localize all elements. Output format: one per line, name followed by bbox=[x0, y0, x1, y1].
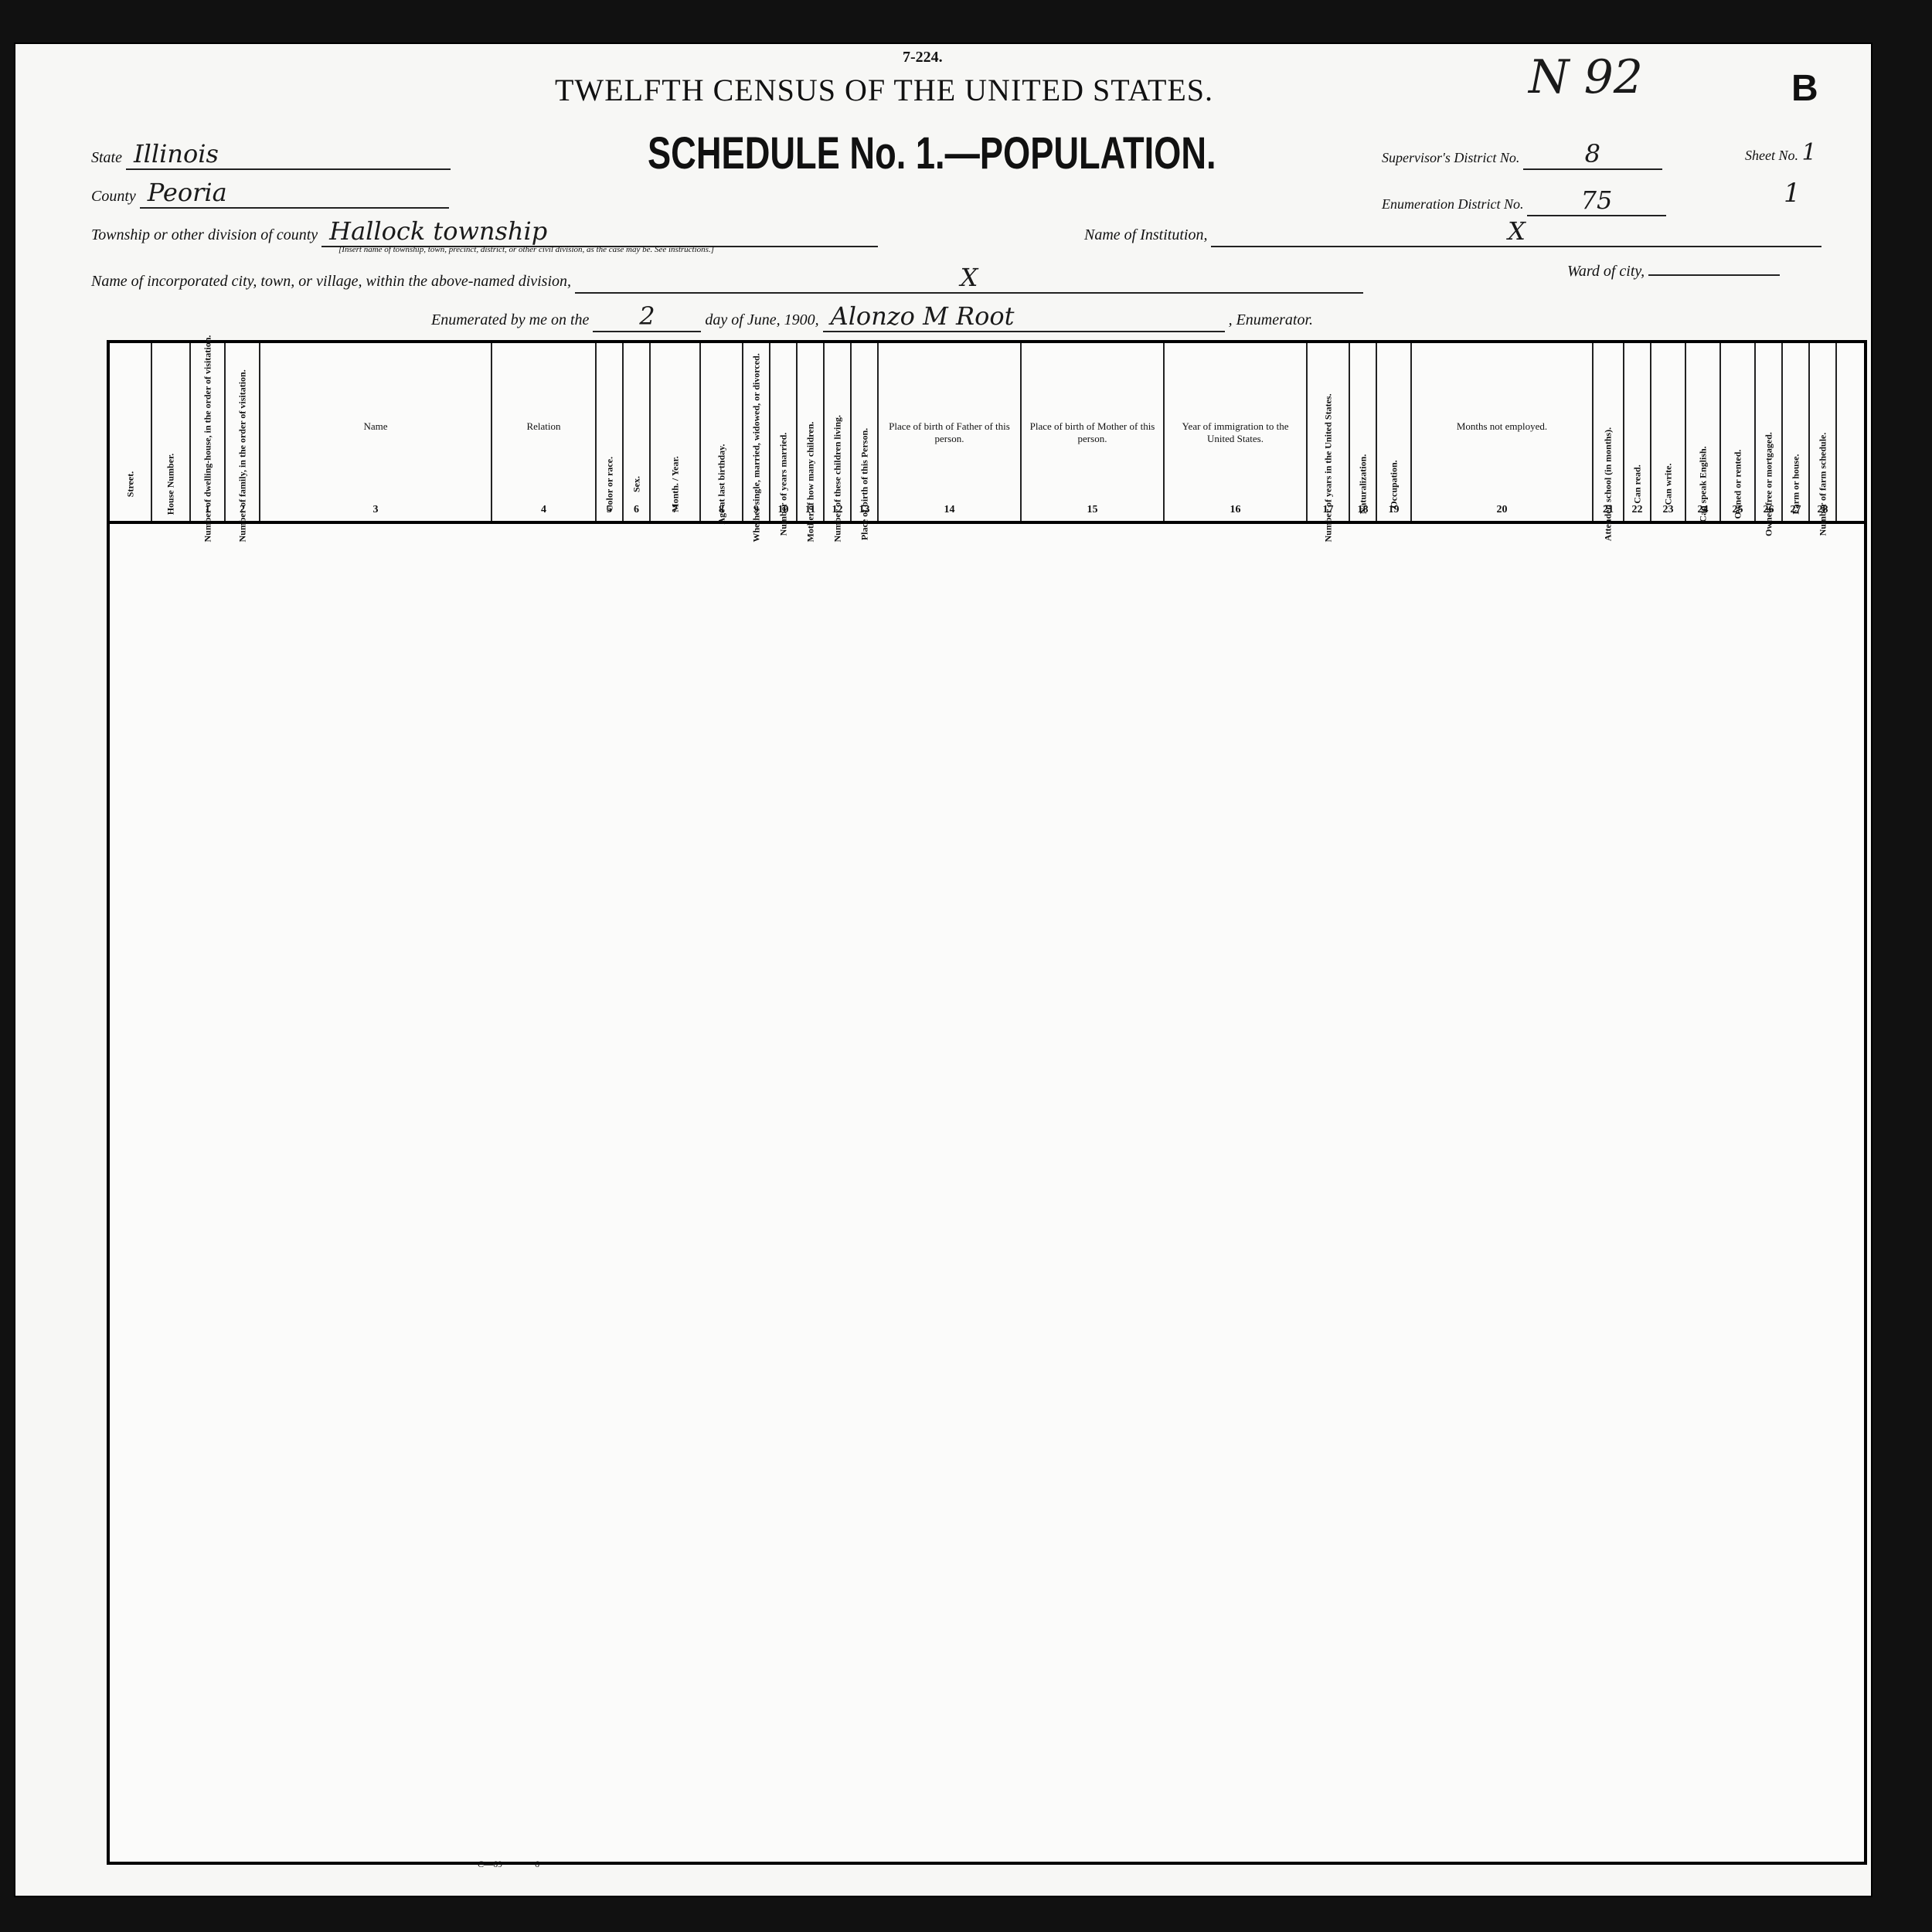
column-header-school-months: Can read.22 bbox=[1624, 343, 1651, 521]
enumerator-label: , Enumerator. bbox=[1229, 311, 1313, 328]
column-label: Attended school (in months). bbox=[1603, 427, 1614, 543]
column-number: 2 bbox=[226, 504, 259, 516]
column-number: 19 bbox=[1377, 504, 1410, 516]
column-header-owned-rented: Owned free or mortgaged.26 bbox=[1756, 343, 1783, 521]
column-label: Relation bbox=[492, 343, 595, 439]
column-header-immigration-year: Number of years in the United States.17 bbox=[1308, 343, 1350, 521]
column-number: 17 bbox=[1308, 504, 1349, 516]
sheet-number-value: 1 bbox=[1802, 139, 1817, 166]
column-number: 21 bbox=[1594, 504, 1623, 516]
form-number: 7-224. bbox=[903, 49, 943, 66]
column-number: 25 bbox=[1721, 504, 1754, 516]
column-header-birthplace: Place of birth of Father of this person.… bbox=[879, 343, 1022, 521]
column-number: 14 bbox=[879, 504, 1020, 516]
column-label: Farm or house. bbox=[1790, 427, 1801, 543]
township-label: Township or other division of county bbox=[91, 226, 318, 243]
column-header-marital-status: Number of years married.10 bbox=[770, 343, 798, 521]
column-header-farm-or-house: Number of farm schedule.28 bbox=[1810, 343, 1837, 521]
column-header-family-number: Number of family, in the order of visita… bbox=[226, 343, 260, 521]
institution-label: Name of Institution, bbox=[1084, 226, 1207, 243]
enumeration-district-field: Enumeration District No. 75 bbox=[1382, 185, 1666, 216]
column-number: 16 bbox=[1165, 504, 1306, 516]
footer-mark-2: 6 bbox=[535, 1859, 539, 1869]
column-header-street: Street. bbox=[110, 343, 152, 521]
city-label: Name of incorporated city, town, or vill… bbox=[91, 273, 571, 290]
table-header: Street.House Number.Number of dwelling-h… bbox=[110, 343, 1864, 524]
enumerated-month-label: day of June, 1900, bbox=[705, 311, 818, 328]
column-label: Owned or rented. bbox=[1732, 427, 1743, 543]
institution-value: X bbox=[1211, 216, 1821, 247]
census-sheet: 7-224. TWELFTH CENSUS OF THE UNITED STAT… bbox=[14, 43, 1872, 1897]
column-number: 15 bbox=[1022, 504, 1163, 516]
column-header-can-speak-english: Owned or rented.25 bbox=[1721, 343, 1756, 521]
column-label: Month. / Year. bbox=[669, 427, 681, 543]
census-title: TWELFTH CENSUS OF THE UNITED STATES. bbox=[555, 72, 1213, 108]
supervisor-label: Supervisor's District No. bbox=[1382, 150, 1519, 165]
column-label: Occupation. bbox=[1388, 427, 1400, 543]
column-header-mother-birthplace: Year of immigration to the United States… bbox=[1165, 343, 1308, 521]
column-header-naturalization: Occupation.19 bbox=[1377, 343, 1412, 521]
column-header-relation: Relation4 bbox=[492, 343, 597, 521]
supervisor-district-value: 8 bbox=[1523, 139, 1662, 170]
column-label: Place of birth of this Person. bbox=[859, 427, 870, 543]
column-number: 24 bbox=[1686, 504, 1719, 516]
column-label: Year of immigration to the United States… bbox=[1165, 343, 1306, 451]
column-label: Mother of how many children. bbox=[804, 427, 816, 543]
state-label: State bbox=[91, 149, 122, 166]
column-number: 8 bbox=[701, 504, 742, 516]
column-number: 7 bbox=[651, 504, 699, 516]
column-label: Name bbox=[260, 343, 491, 439]
column-label: Age at last birthday. bbox=[716, 427, 727, 543]
column-label: House Number. bbox=[165, 427, 177, 543]
column-number: 26 bbox=[1756, 504, 1781, 516]
enumeration-date-field: Enumerated by me on the 2 day of June, 1… bbox=[431, 301, 1313, 332]
population-table: Street.House Number.Number of dwelling-h… bbox=[107, 340, 1867, 1865]
column-header-age: Whether single, married, widowed, or div… bbox=[743, 343, 770, 521]
column-header-race: Color or race.5 bbox=[597, 343, 624, 521]
column-number: 27 bbox=[1783, 504, 1808, 516]
county-value: Peoria bbox=[140, 178, 449, 209]
footer-marks: C—69 6 bbox=[478, 1859, 539, 1870]
column-header-birth-year: Age at last birthday.8 bbox=[701, 343, 743, 521]
county-field: County Peoria bbox=[91, 178, 449, 209]
column-header-dwelling-number: Number of dwelling-house, in the order o… bbox=[191, 343, 226, 521]
column-label: Months not employed. bbox=[1412, 343, 1592, 439]
column-header-owned-free-mortgaged: Farm or house.27 bbox=[1783, 343, 1810, 521]
column-number: 10 bbox=[770, 504, 796, 516]
sheet-label: Sheet No. bbox=[1745, 148, 1798, 163]
column-label: Place of birth of Father of this person. bbox=[879, 343, 1020, 451]
column-number: 18 bbox=[1350, 504, 1376, 516]
column-number: 13 bbox=[852, 504, 877, 516]
enumerated-day: 2 bbox=[593, 301, 701, 332]
column-header-children-living: Place of birth of this Person.13 bbox=[852, 343, 879, 521]
institution-field: Name of Institution, X bbox=[1084, 216, 1821, 247]
column-number: 3 bbox=[260, 504, 491, 516]
schedule-title: SCHEDULE No. 1.—POPULATION. bbox=[648, 128, 1216, 179]
column-label: Number of years married. bbox=[777, 427, 789, 543]
column-header-can-read: Can write.23 bbox=[1651, 343, 1686, 521]
supervisor-district-field: Supervisor's District No. 8 bbox=[1382, 139, 1662, 170]
column-header-children-born: Number of these children living.12 bbox=[825, 343, 852, 521]
enumerated-label: Enumerated by me on the bbox=[431, 311, 589, 328]
column-header-years-married: Mother of how many children.11 bbox=[798, 343, 825, 521]
state-field: State Illinois bbox=[91, 139, 451, 170]
column-label: Can speak English. bbox=[1697, 427, 1709, 543]
column-label: Street. bbox=[124, 427, 136, 543]
page-stamp: N 92 bbox=[1529, 50, 1643, 104]
column-number: 5 bbox=[597, 504, 622, 516]
column-number: 4 bbox=[492, 504, 595, 516]
county-label: County bbox=[91, 188, 136, 205]
city-value: X bbox=[575, 263, 1363, 294]
column-label: Number of these children living. bbox=[832, 427, 843, 543]
column-header-can-write: Can speak English.24 bbox=[1686, 343, 1721, 521]
city-field: Name of incorporated city, town, or vill… bbox=[91, 263, 1363, 294]
sheet-number-field: Sheet No. 1 bbox=[1745, 139, 1817, 166]
enumeration-label: Enumeration District No. bbox=[1382, 196, 1524, 212]
column-number: 20 bbox=[1412, 504, 1592, 516]
column-number: 12 bbox=[825, 504, 850, 516]
column-label: Can write. bbox=[1662, 427, 1674, 543]
column-label: Can read. bbox=[1631, 427, 1643, 543]
column-header-months-unemployed: Attended school (in months).21 bbox=[1594, 343, 1624, 521]
column-label: Whether single, married, widowed, or div… bbox=[750, 427, 762, 543]
sheet-number-secondary: 1 bbox=[1784, 178, 1801, 209]
column-header-name: Name3 bbox=[260, 343, 492, 521]
column-label: Number of years in the United States. bbox=[1322, 427, 1334, 543]
ward-label: Ward of city, bbox=[1567, 263, 1645, 280]
column-header-sex: Sex.6 bbox=[624, 343, 651, 521]
township-value: Hallock township bbox=[321, 216, 878, 247]
state-value: Illinois bbox=[126, 139, 451, 170]
sheet-letter: B bbox=[1791, 67, 1818, 110]
column-label: Color or race. bbox=[604, 427, 615, 543]
column-label: Naturalization. bbox=[1357, 427, 1369, 543]
column-number: 9 bbox=[743, 504, 769, 516]
column-header-occupation: Months not employed.20 bbox=[1412, 343, 1594, 521]
column-label: Number of dwelling-house, in the order o… bbox=[202, 427, 213, 543]
column-label: Number of farm schedule. bbox=[1817, 427, 1828, 543]
column-header-house-number: House Number. bbox=[152, 343, 191, 521]
township-hint: [Insert name of township, town, precinct… bbox=[338, 245, 714, 254]
column-number: 6 bbox=[624, 504, 649, 516]
column-label: Number of family, in the order of visita… bbox=[236, 427, 248, 543]
column-label: Place of birth of Mother of this person. bbox=[1022, 343, 1163, 451]
column-label: Sex. bbox=[631, 427, 642, 543]
ward-value bbox=[1648, 274, 1780, 276]
column-header-birth-month: Month. / Year.7 bbox=[651, 343, 701, 521]
ward-field: Ward of city, bbox=[1567, 263, 1780, 281]
column-header-years-in-us: Naturalization.18 bbox=[1350, 343, 1377, 521]
township-field: Township or other division of county Hal… bbox=[91, 216, 878, 247]
column-number: 23 bbox=[1651, 504, 1685, 516]
footer-mark-1: C—69 bbox=[478, 1859, 502, 1869]
enumeration-district-value: 75 bbox=[1527, 185, 1666, 216]
enumerator-name: Alonzo M Root bbox=[823, 301, 1225, 332]
column-number: 11 bbox=[798, 504, 823, 516]
column-header-father-birthplace: Place of birth of Mother of this person.… bbox=[1022, 343, 1165, 521]
column-label: Owned free or mortgaged. bbox=[1763, 427, 1774, 543]
column-number: 22 bbox=[1624, 504, 1650, 516]
column-number: 1 bbox=[191, 504, 224, 516]
column-number: 28 bbox=[1810, 504, 1835, 516]
